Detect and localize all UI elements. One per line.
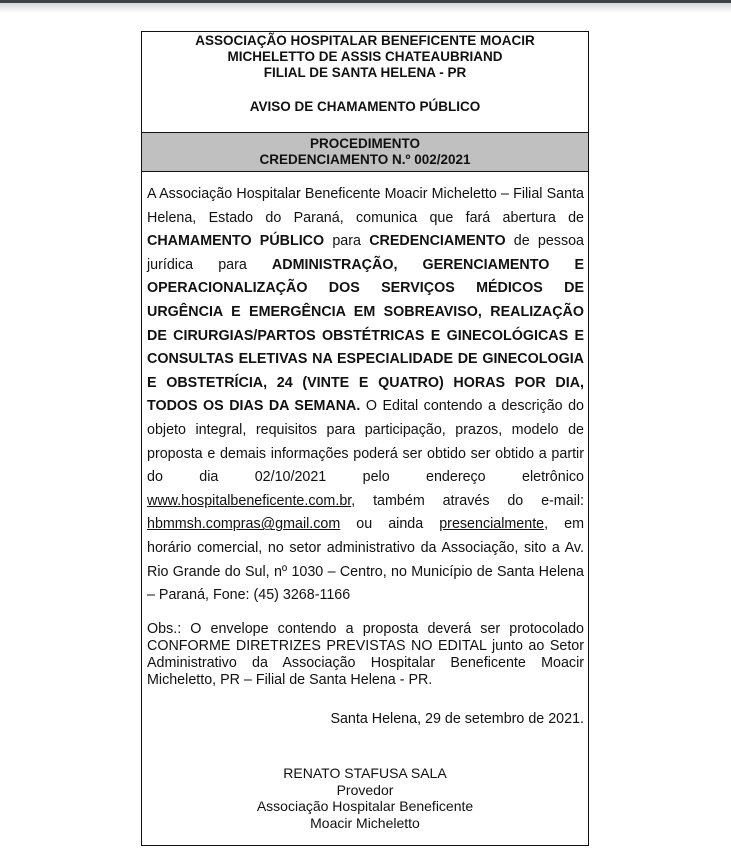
procedure-number: CREDENCIAMENTO N.º 002/2021 (142, 152, 588, 168)
body-presencial: presencialmente (439, 516, 544, 532)
org-name-line-2: MICHELETTO DE ASSIS CHATEAUBRIAND (142, 49, 588, 65)
org-name-line-1: ASSOCIAÇÃO HOSPITALAR BENEFICENTE MOACIR (142, 33, 588, 49)
body-text-para: para (324, 233, 369, 249)
signatory-name: RENATO STAFUSA SALA (142, 765, 588, 782)
signatory-org-line-1: Associação Hospitalar Beneficente (142, 798, 588, 815)
signature-block: RENATO STAFUSA SALA Provedor Associação … (142, 765, 588, 831)
body-bold-chamamento: CHAMAMENTO PÚBLICO (147, 233, 324, 249)
signatory-org-line-2: Moacir Micheletto (142, 815, 588, 832)
body-bold-object: ADMINISTRAÇÃO, GERENCIAMENTO E OPERACION… (147, 257, 584, 415)
body-text-ainda: ou ainda (340, 516, 439, 532)
procedure-label: PROCEDIMENTO (142, 136, 588, 152)
email-link[interactable]: hbmmsh.compras@gmail.com (147, 516, 340, 532)
public-notice-box: ASSOCIAÇÃO HOSPITALAR BENEFICENTE MOACIR… (141, 31, 589, 846)
procedure-band: PROCEDIMENTO CREDENCIAMENTO N.º 002/2021 (142, 132, 588, 172)
org-branch-line: FILIAL DE SANTA HELENA - PR (142, 65, 588, 81)
date-line: Santa Helena, 29 de setembro de 2021. (330, 711, 584, 728)
body-intro: A Associação Hospitalar Beneficente Moac… (147, 186, 584, 226)
notice-header: ASSOCIAÇÃO HOSPITALAR BENEFICENTE MOACIR… (142, 32, 588, 115)
notice-body-paragraph: A Associação Hospitalar Beneficente Moac… (147, 183, 584, 608)
body-bold-credenciamento: CREDENCIAMENTO (369, 233, 505, 249)
viewer-top-shadow (0, 3, 731, 13)
body-text-email-intro: , também através do e-mail: (351, 493, 584, 509)
notice-title: AVISO DE CHAMAMENTO PÚBLICO (142, 99, 588, 115)
signatory-role: Provedor (142, 782, 588, 799)
website-link[interactable]: www.hospitalbeneficente.com.br (147, 493, 351, 509)
observation-paragraph: Obs.: O envelope contendo a proposta dev… (147, 621, 584, 689)
